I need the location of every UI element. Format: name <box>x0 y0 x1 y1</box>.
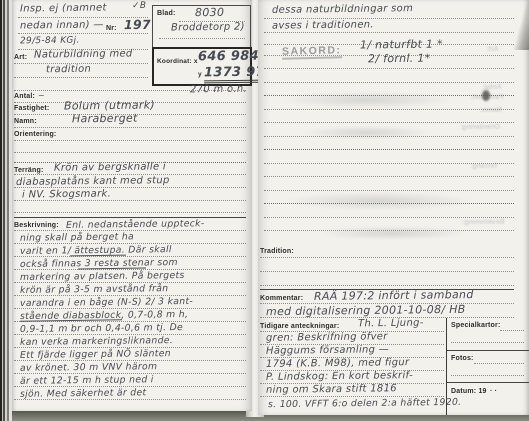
ruled-line <box>14 347 246 348</box>
ruled-line <box>260 257 514 258</box>
description-cont-line1: dessa naturbildningar som <box>272 3 413 16</box>
ruled-line <box>14 243 246 244</box>
ruled-line <box>264 217 514 218</box>
koordinat-x-label: Koordinat: x <box>157 58 198 65</box>
beskrivning-label: Beskrivning: <box>14 222 59 229</box>
ruled-line <box>264 109 514 110</box>
datum-dot-separators: · · <box>490 388 497 395</box>
blad-label: Blad: <box>157 10 176 17</box>
beskrivning-line: sjön. Med säkerhet är det <box>20 387 147 400</box>
fotos-label: Fotos: <box>451 355 474 362</box>
tidigare-line: gren: Beskrifning öfver <box>266 331 388 343</box>
kommentar-line2: med digitalisering 2001-10-08/ HB <box>266 303 466 318</box>
bleed-smudge <box>302 126 432 139</box>
page-corner-curl <box>513 0 529 50</box>
art-label: Art: <box>14 54 27 61</box>
ruled-line <box>14 152 246 153</box>
kommentar-label: Kommentar: <box>260 295 303 302</box>
ruled-line <box>264 18 514 19</box>
ruled-line <box>14 200 246 201</box>
section-divider <box>14 217 246 218</box>
ruled-line <box>14 308 246 309</box>
datum-label: Datum: 19 <box>451 388 487 395</box>
left-page: Insp. ej (namnet ✓B nedan innan) — Nr: 1… <box>12 0 252 411</box>
scanned-survey-form: Insp. ej (namnet ✓B nedan innan) — Nr: 1… <box>0 0 529 421</box>
ruled-line <box>14 127 246 128</box>
tidigare-anteckningar-label: Tidigare anteckningar: <box>260 323 339 330</box>
binding-edge <box>0 0 12 421</box>
ruled-line <box>264 149 514 150</box>
terrang-label: Terräng: <box>14 167 43 174</box>
ruled-line <box>159 38 245 39</box>
column-divider <box>446 318 447 415</box>
tidigare-line: Häggums församling — <box>266 344 389 357</box>
bleed-smudge <box>282 92 452 108</box>
ruled-line <box>14 230 246 231</box>
tidigare-line: P. Lindskog: En kort beskrif- <box>266 370 413 383</box>
bleed-smudge <box>284 192 474 210</box>
tidigare-line-first: Th. L. Ljung- <box>358 318 424 330</box>
bleed-through-label: Namn: <box>480 107 502 114</box>
ruled-line <box>474 363 524 364</box>
bleed-through-label: Art: <box>486 46 499 53</box>
terrang-line3: i NV. Skogsmark. <box>22 188 111 200</box>
specialkartor-label: Specialkartor: <box>451 322 501 329</box>
ruled-line <box>264 32 514 33</box>
sakord-stamp: SAKORD: <box>282 44 342 60</box>
ruled-line <box>500 330 524 331</box>
sakord-value1: 1/ naturfbt 1 * <box>360 37 443 51</box>
koordinat-y-label: y <box>198 71 202 78</box>
antal-mark: ~ <box>38 91 45 100</box>
terrang-line1: Krön av bergsknalle i <box>54 161 166 173</box>
beskrivning-line: Enl. nedanstående uppteck- <box>66 218 205 231</box>
koordinat-y-value: 1373 97 <box>204 65 265 84</box>
right-page: dessa naturbildningar som avses i tradit… <box>258 0 529 415</box>
ruled-line <box>18 33 148 34</box>
ruled-line <box>264 176 514 177</box>
inspection-note-line3: 29/5-84 KGj. <box>20 36 80 47</box>
blad-value-name: Broddetorp 2) <box>171 22 245 34</box>
terrang-line2: diabasplatåns kant med stup <box>16 175 170 188</box>
namn-label: Namn: <box>14 118 37 125</box>
ruled-line <box>14 282 246 283</box>
ruled-line <box>264 82 514 83</box>
beskrivning-line: krön är på 3-5 m avstånd från <box>20 283 169 296</box>
kommentar-line1: RAÄ 197:2 infört i samband <box>314 288 474 303</box>
tidigare-line: ning om Skara stift 1816 <box>266 383 397 396</box>
section-divider <box>446 350 529 351</box>
koordinat-box: Koordinat: x 646 984 y 1373 97 <box>152 47 252 86</box>
ruled-line <box>451 375 524 376</box>
ruled-line <box>451 342 524 343</box>
fastighet-value: Bolum (utmark) <box>64 98 155 112</box>
inspection-note-mark: ✓B <box>132 1 146 11</box>
art-value-line2: tradition <box>46 64 91 76</box>
ruled-line <box>14 77 148 78</box>
blad-value-sheet: 8030 <box>195 6 224 19</box>
namn-value: Haraberget <box>72 112 138 126</box>
ruled-line <box>14 90 246 91</box>
ruled-line <box>14 386 246 387</box>
bleed-through-label: Orientering: <box>460 124 500 131</box>
ruled-line <box>260 271 514 272</box>
ruled-line <box>14 334 246 335</box>
sakord-value2: 2/ fornl. 1* <box>368 52 431 66</box>
fastighet-label: Fastighet: <box>14 105 49 112</box>
ruled-line <box>14 399 246 400</box>
blad-box: Blad: 8030 Broddetorp 2) <box>152 5 251 48</box>
ruled-line <box>14 360 246 361</box>
tidigare-line: 1794 (K.B. M98), med figur <box>266 357 410 370</box>
beskrivning-line: ning skall på berget ha <box>20 231 134 243</box>
ruled-line <box>264 190 514 191</box>
ruled-line <box>14 140 246 141</box>
bleed-through-label: Terräng: <box>470 163 498 170</box>
inspection-note-line1: Insp. ej (namnet <box>20 2 107 14</box>
orientering-label: Orientering: <box>14 131 56 138</box>
ruled-line <box>14 373 246 374</box>
ruled-line <box>14 256 246 257</box>
ruled-line <box>14 295 246 296</box>
antal-label: Antal: <box>14 93 35 100</box>
beskrivning-line: är ett 12-15 m h stup ned i <box>20 374 154 387</box>
art-value-line1: Naturbildning med <box>34 48 133 60</box>
beskrivning-line: kan verka markeringsliknande. <box>20 335 173 348</box>
ruled-line <box>264 122 514 123</box>
ruled-line <box>264 68 514 69</box>
bleed-through-label: Beskrivning: <box>462 219 504 226</box>
tidigare-line: s. 100. VFFT 6:o delen 2:a häftet 1920. <box>268 397 462 410</box>
ruled-line <box>260 285 514 286</box>
ruled-line <box>14 212 246 213</box>
section-divider <box>446 382 529 383</box>
beskrivning-line: Ett fjärde ligger på NÖ slänten <box>20 348 171 361</box>
nr-value: 197 <box>124 17 151 32</box>
ink-spot <box>482 90 490 101</box>
koordinat-x-value: 646 984 <box>198 49 259 65</box>
ruled-line <box>14 187 246 188</box>
inspection-note-line2: nedan innan) — <box>20 19 104 31</box>
description-cont-line2: avses i traditionen. <box>272 19 374 31</box>
bleed-smudge <box>318 226 468 240</box>
ruled-line <box>14 269 246 270</box>
beskrivning-line: av krönet. 30 m VNV härom <box>20 361 157 374</box>
nr-label: Nr: <box>106 25 117 32</box>
tradition-label: Tradition: <box>260 248 294 255</box>
